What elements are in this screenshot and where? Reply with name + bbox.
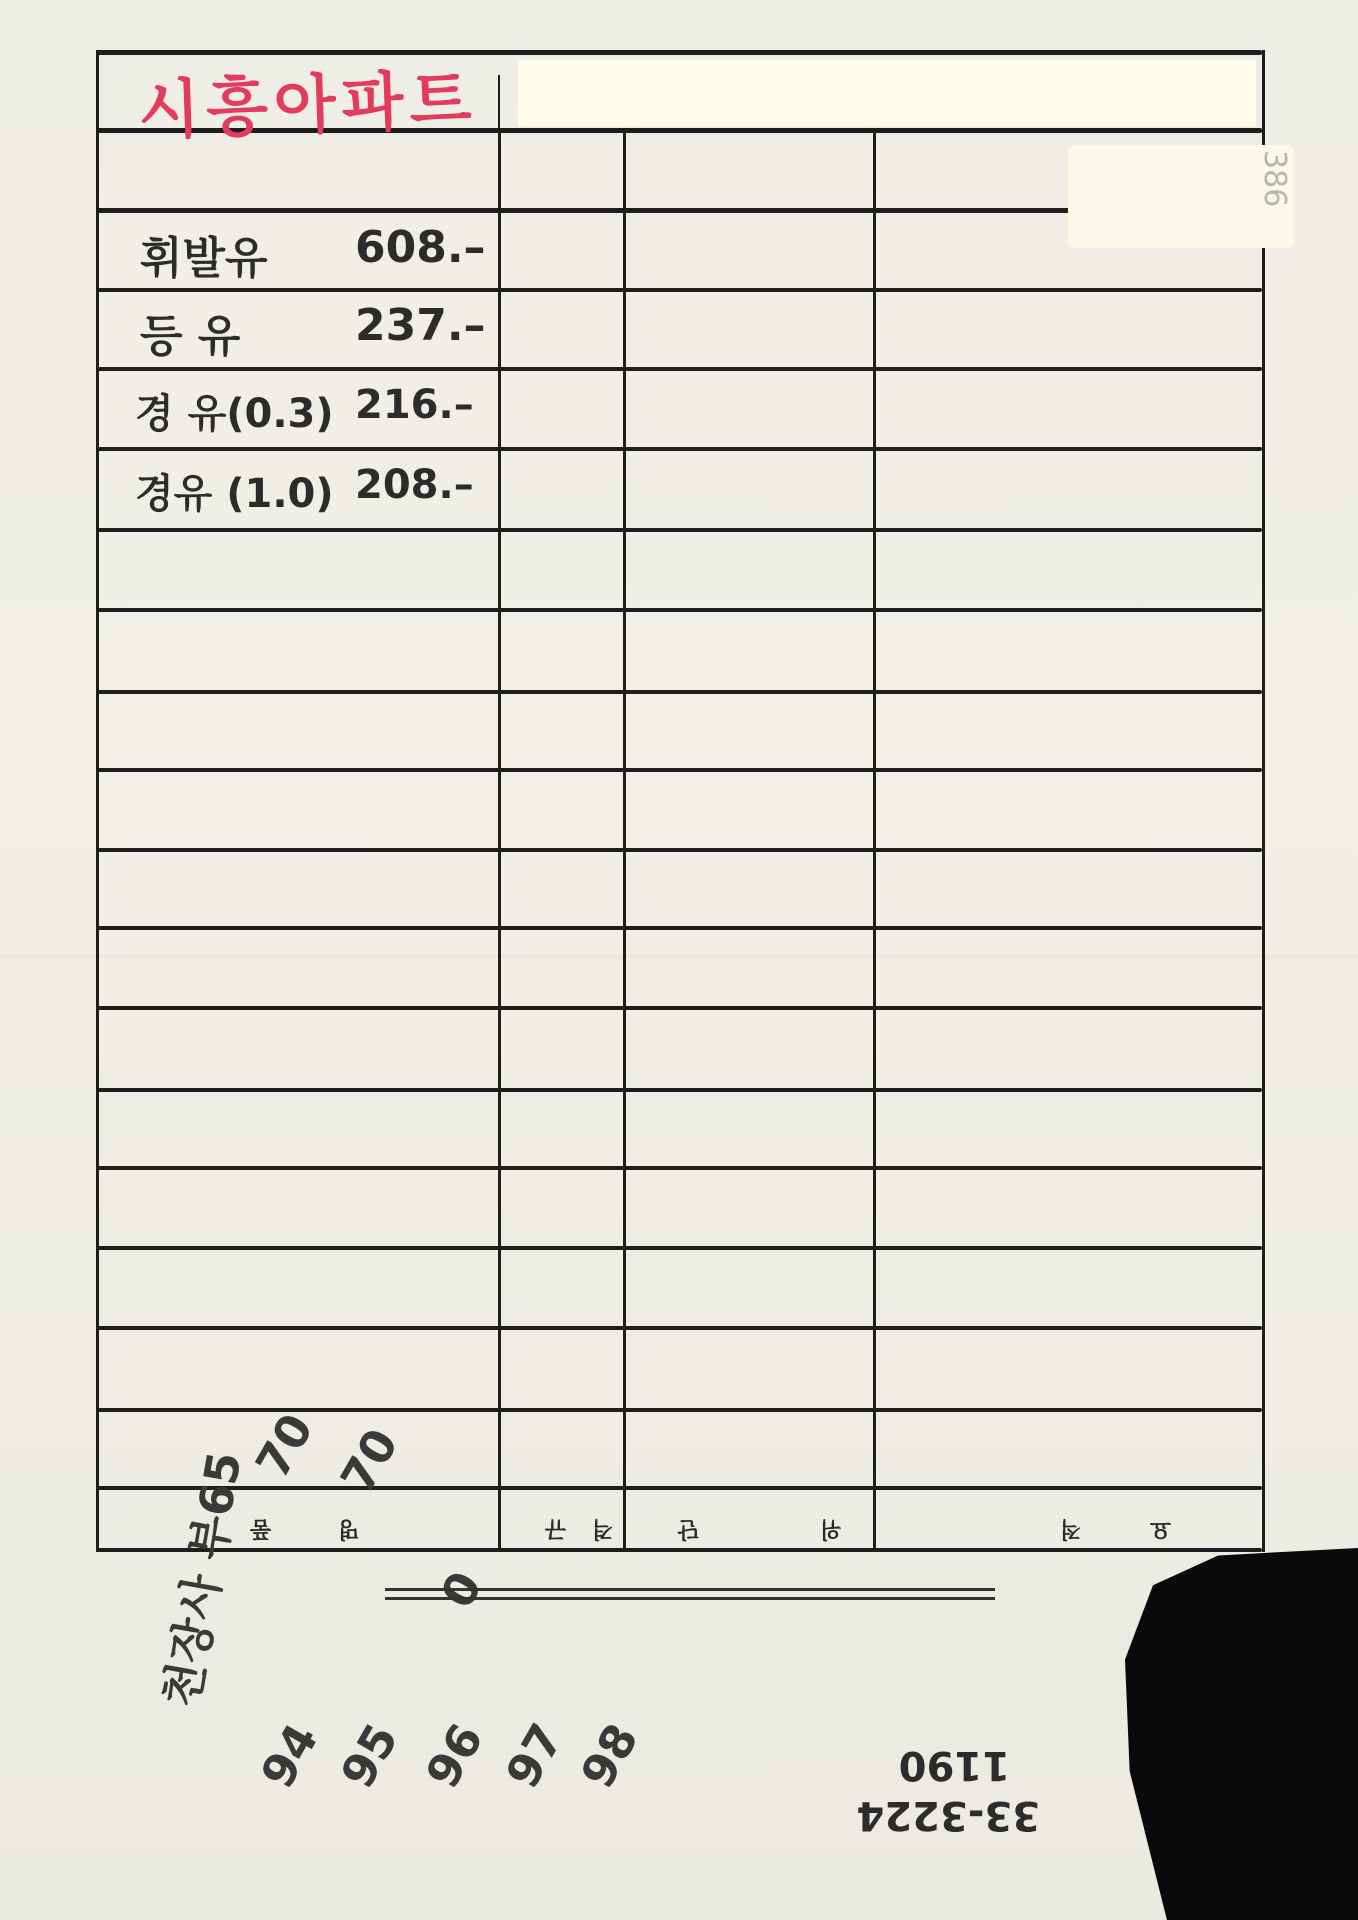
grid-row-line (96, 926, 1262, 930)
item-price: 608.– (355, 222, 486, 273)
grid-column-line (623, 128, 626, 1552)
document-title: 시흥아파트 (136, 48, 478, 152)
grid-row-line (96, 288, 1262, 292)
item-name: 등 유 (140, 300, 240, 364)
redacted-area (518, 60, 1256, 126)
grid-row-line (96, 447, 1262, 451)
item-price: 237.– (355, 300, 486, 351)
header-label: 품 (250, 1515, 271, 1546)
grid-row-line (96, 608, 1262, 612)
grid-row-line (96, 768, 1262, 772)
grid-row-line (96, 1486, 1262, 1490)
header-label: 격 (592, 1515, 613, 1546)
double-rule (385, 1588, 995, 1591)
grid-row-line (96, 848, 1262, 852)
header-label: 적 (1060, 1515, 1081, 1546)
grid-row-line (96, 1088, 1262, 1092)
header-label: 명 (338, 1515, 359, 1546)
grid-row-line (96, 1548, 1262, 1552)
grid-row-line (96, 690, 1262, 694)
grid-row-line (96, 367, 1262, 371)
item-price: 216.– (355, 382, 474, 428)
grid-row-line (96, 1326, 1262, 1330)
item-name: 경 유(0.3) (135, 382, 334, 439)
grid-column-line (873, 128, 876, 1552)
bottom-note-line1: 1190 (899, 1742, 1010, 1788)
pencil-page-mark: 386 (1257, 150, 1292, 207)
double-rule (385, 1597, 995, 1600)
grid-row-line (96, 528, 1262, 532)
item-name: 경유 (1.0) (135, 462, 334, 519)
bottom-note-line2: 33-3224 (856, 1792, 1040, 1838)
grid-column-line (498, 128, 501, 1552)
grid-row-line (96, 1246, 1262, 1250)
header-label: 요 (1150, 1515, 1171, 1546)
title-divider (498, 75, 500, 130)
item-price: 208.– (355, 462, 474, 508)
grid-row-line (96, 1006, 1262, 1010)
grid-column-line (96, 50, 99, 1552)
torn-dark-corner (1125, 1548, 1358, 1920)
grid-column-line (1262, 50, 1265, 1552)
item-name: 휘발유 (140, 222, 268, 286)
header-label: 단 (678, 1515, 699, 1546)
header-label: 규 (545, 1515, 566, 1546)
grid-row-line (96, 1166, 1262, 1170)
header-label: 위 (820, 1515, 841, 1546)
grid-row-line (96, 1408, 1262, 1412)
